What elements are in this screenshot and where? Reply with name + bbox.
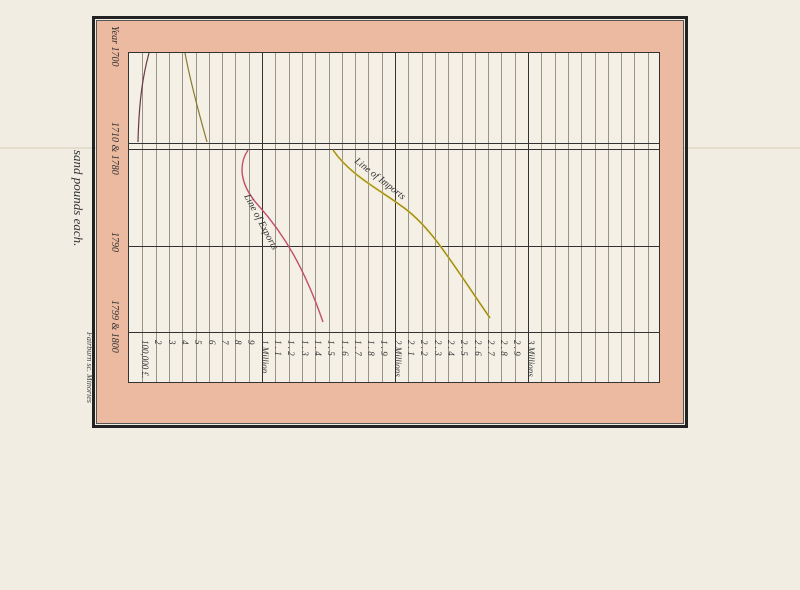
- grid-line: [555, 333, 556, 382]
- scale-tick-label: 1 . 6: [340, 340, 350, 356]
- grid-line: [209, 53, 210, 332]
- grid-line: [595, 333, 596, 382]
- year-label: Year 1700: [109, 26, 120, 66]
- year-label: 1790: [109, 232, 120, 252]
- grid-line: [329, 53, 330, 332]
- grid-line: [608, 333, 609, 382]
- scale-tick-label: 3: [167, 340, 177, 345]
- grid-line: [475, 53, 476, 332]
- grid-line: [182, 53, 183, 332]
- scale-tick-label: 2: [153, 340, 163, 345]
- scale-tick-label: 2 . 3: [433, 340, 443, 356]
- grid-line: [581, 53, 582, 332]
- year-label: 1799 & 1800: [109, 300, 120, 353]
- grid-line: [488, 53, 489, 332]
- scale-tick-label: 2 . 6: [473, 340, 483, 356]
- scale-tick-label: 5: [193, 340, 203, 345]
- year-label: 1710 & 1780: [109, 122, 120, 175]
- grid-line: [222, 53, 223, 332]
- year-divider: [129, 149, 659, 150]
- scale-tick-label: 6: [207, 340, 217, 345]
- scale-tick-label: 2 . 2: [419, 340, 429, 356]
- grid-line: [648, 333, 649, 382]
- grid-line: [142, 53, 143, 332]
- grid-line: [342, 53, 343, 332]
- scale-tick-label: 1 . 4: [313, 340, 323, 356]
- grid-line: [235, 53, 236, 332]
- grid-line: [621, 333, 622, 382]
- grid-line: [608, 53, 609, 332]
- scale-tick-label: 2 . 4: [446, 340, 456, 356]
- scale-tick-label: 1 . 9: [379, 340, 389, 356]
- grid-line: [648, 53, 649, 332]
- grid-line: [515, 53, 516, 332]
- grid-line: [621, 53, 622, 332]
- grid-line: [315, 53, 316, 332]
- scale-tick-label: 2 . 7: [486, 340, 496, 356]
- scale-tick-label: 2 . 5: [459, 340, 469, 356]
- grid-line: [634, 53, 635, 332]
- scale-tick-label: 2 Millions: [393, 340, 403, 377]
- grid-line: [395, 53, 396, 332]
- scale-tick-label: 1 . 5: [326, 340, 336, 356]
- grid-line: [568, 53, 569, 332]
- grid-line: [541, 333, 542, 382]
- grid-line: [422, 53, 423, 332]
- grid-line: [302, 53, 303, 332]
- grid-line: [156, 53, 157, 332]
- year-divider: [129, 143, 659, 144]
- scale-tick-label: 2 . 8: [499, 340, 509, 356]
- year-divider: [129, 246, 659, 247]
- scale-tick-label: 4: [180, 340, 190, 345]
- grid-line: [355, 53, 356, 332]
- grid-line: [196, 53, 197, 332]
- grid-line: [528, 53, 529, 332]
- scale-tick-label: 1 . 8: [366, 340, 376, 356]
- grid-line: [501, 53, 502, 332]
- grid-line: [408, 53, 409, 332]
- grid-line: [581, 333, 582, 382]
- caption-text: sand pounds each.: [70, 150, 86, 246]
- grid-line: [289, 53, 290, 332]
- scale-tick-label: 9: [246, 340, 256, 345]
- scale-tick-label: 8: [233, 340, 243, 345]
- scale-tick-label: 2 . 1: [406, 340, 416, 356]
- grid-line: [634, 333, 635, 382]
- grid-line: [275, 53, 276, 332]
- scale-tick-label: 1 . 7: [353, 340, 363, 356]
- grid-line: [382, 53, 383, 332]
- scale-tick-label: 7: [220, 340, 230, 345]
- scale-tick-label: 1 . 1: [273, 340, 283, 356]
- grid-line: [448, 53, 449, 332]
- grid-line: [169, 53, 170, 332]
- scale-tick-label: 2 . 9: [512, 340, 522, 356]
- grid-line: [435, 53, 436, 332]
- grid-line: [595, 53, 596, 332]
- chart-plot-area: [128, 52, 660, 333]
- grid-line: [262, 53, 263, 332]
- scale-tick-label: 1 . 3: [300, 340, 310, 356]
- grid-line: [568, 333, 569, 382]
- scale-tick-label: 1 Million: [260, 340, 270, 373]
- grid-line: [368, 53, 369, 332]
- grid-line: [541, 53, 542, 332]
- grid-line: [249, 53, 250, 332]
- engraver-credit: Fairburn sc. Minories: [85, 332, 94, 403]
- grid-line: [555, 53, 556, 332]
- grid-line: [462, 53, 463, 332]
- scale-tick-label: 1 . 2: [286, 340, 296, 356]
- scale-tick-label: 3 Millions: [526, 340, 536, 377]
- scale-tick-label: 100,000 £.: [140, 340, 150, 378]
